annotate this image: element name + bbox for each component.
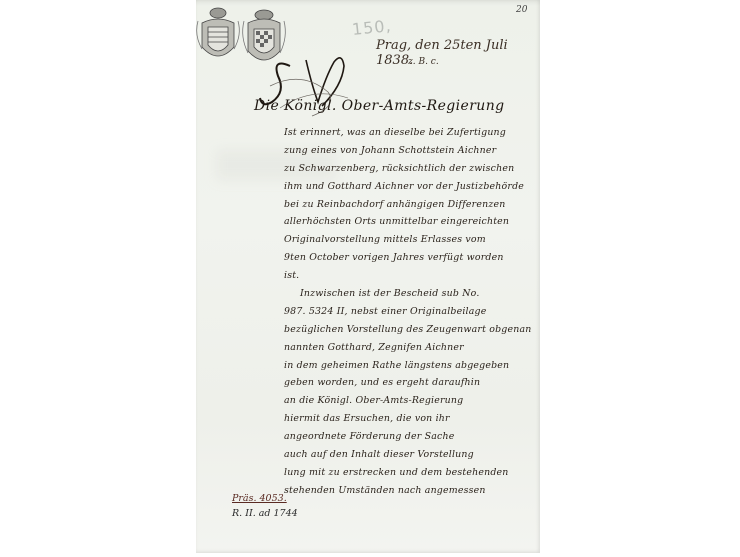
body-line: angeordnete Förderung der Sache bbox=[284, 428, 532, 446]
archive-pencil-number: 150, bbox=[351, 16, 392, 39]
body-line: Originalvorstellung mittels Erlasses vom bbox=[284, 231, 532, 249]
body-line: bei zu Reinbachdorf anhängigen Differenz… bbox=[284, 196, 532, 214]
body-line: allerhöchsten Orts unmittelbar eingereic… bbox=[284, 213, 532, 231]
body-line: 987. 5324 II, nebst einer Originalbeilag… bbox=[284, 303, 532, 321]
left-seal-icon bbox=[197, 8, 240, 56]
body-line: 9ten October vorigen Jahres verfügt word… bbox=[284, 249, 532, 267]
body-line: geben worden, und es ergeht daraufhin bbox=[284, 374, 532, 392]
body-line: lung mit zu erstrecken und dem bestehend… bbox=[284, 464, 532, 482]
body-line: auch auf den Inhalt dieser Vorstellung bbox=[284, 446, 532, 464]
date-subscript: z. B. c. bbox=[408, 57, 439, 67]
body-line: an die Königl. Ober-Amts-Regierung bbox=[284, 392, 532, 410]
body-line: hiermit das Ersuchen, die von ihr bbox=[284, 410, 532, 428]
body-line: zu Schwarzenberg, rücksichtlich der zwis… bbox=[284, 160, 532, 178]
body-line: bezüglichen Vorstellung des Zeugenwart o… bbox=[284, 321, 532, 339]
body-line: in dem geheimen Rathe längstens abgegebe… bbox=[284, 357, 532, 375]
registry-number: Präs. 4053. bbox=[232, 491, 298, 506]
body-line: ist. bbox=[284, 267, 532, 285]
body-line: Inzwischen ist der Bescheid sub No. bbox=[284, 285, 532, 303]
folio-number: 20 bbox=[516, 5, 527, 15]
body-line: ihm und Gotthard Aichner vor der Justizb… bbox=[284, 178, 532, 196]
letter-body: Ist erinnert, was an dieselbe bei Zufert… bbox=[284, 124, 532, 500]
document-page: 20 150, Prag, den 25ten Juli 1838. z. B.… bbox=[196, 0, 540, 553]
addressee-line: Die Königl. Ober-Amts-Regierung bbox=[254, 98, 505, 114]
body-line: stehenden Umständen nach angemessen bbox=[284, 482, 532, 500]
place-date: Prag, den 25ten Juli 1838. bbox=[376, 38, 540, 68]
body-line: Ist erinnert, was an dieselbe bei Zufert… bbox=[284, 124, 532, 142]
registry-reference: R. II. ad 1744 bbox=[232, 506, 298, 521]
monogram-flourish-icon bbox=[252, 46, 362, 126]
body-line: nannten Gotthard, Zegnifen Aichner bbox=[284, 339, 532, 357]
body-line: zung eines von Johann Schottstein Aichne… bbox=[284, 142, 532, 160]
registry-note: Präs. 4053. R. II. ad 1744 bbox=[232, 491, 298, 521]
